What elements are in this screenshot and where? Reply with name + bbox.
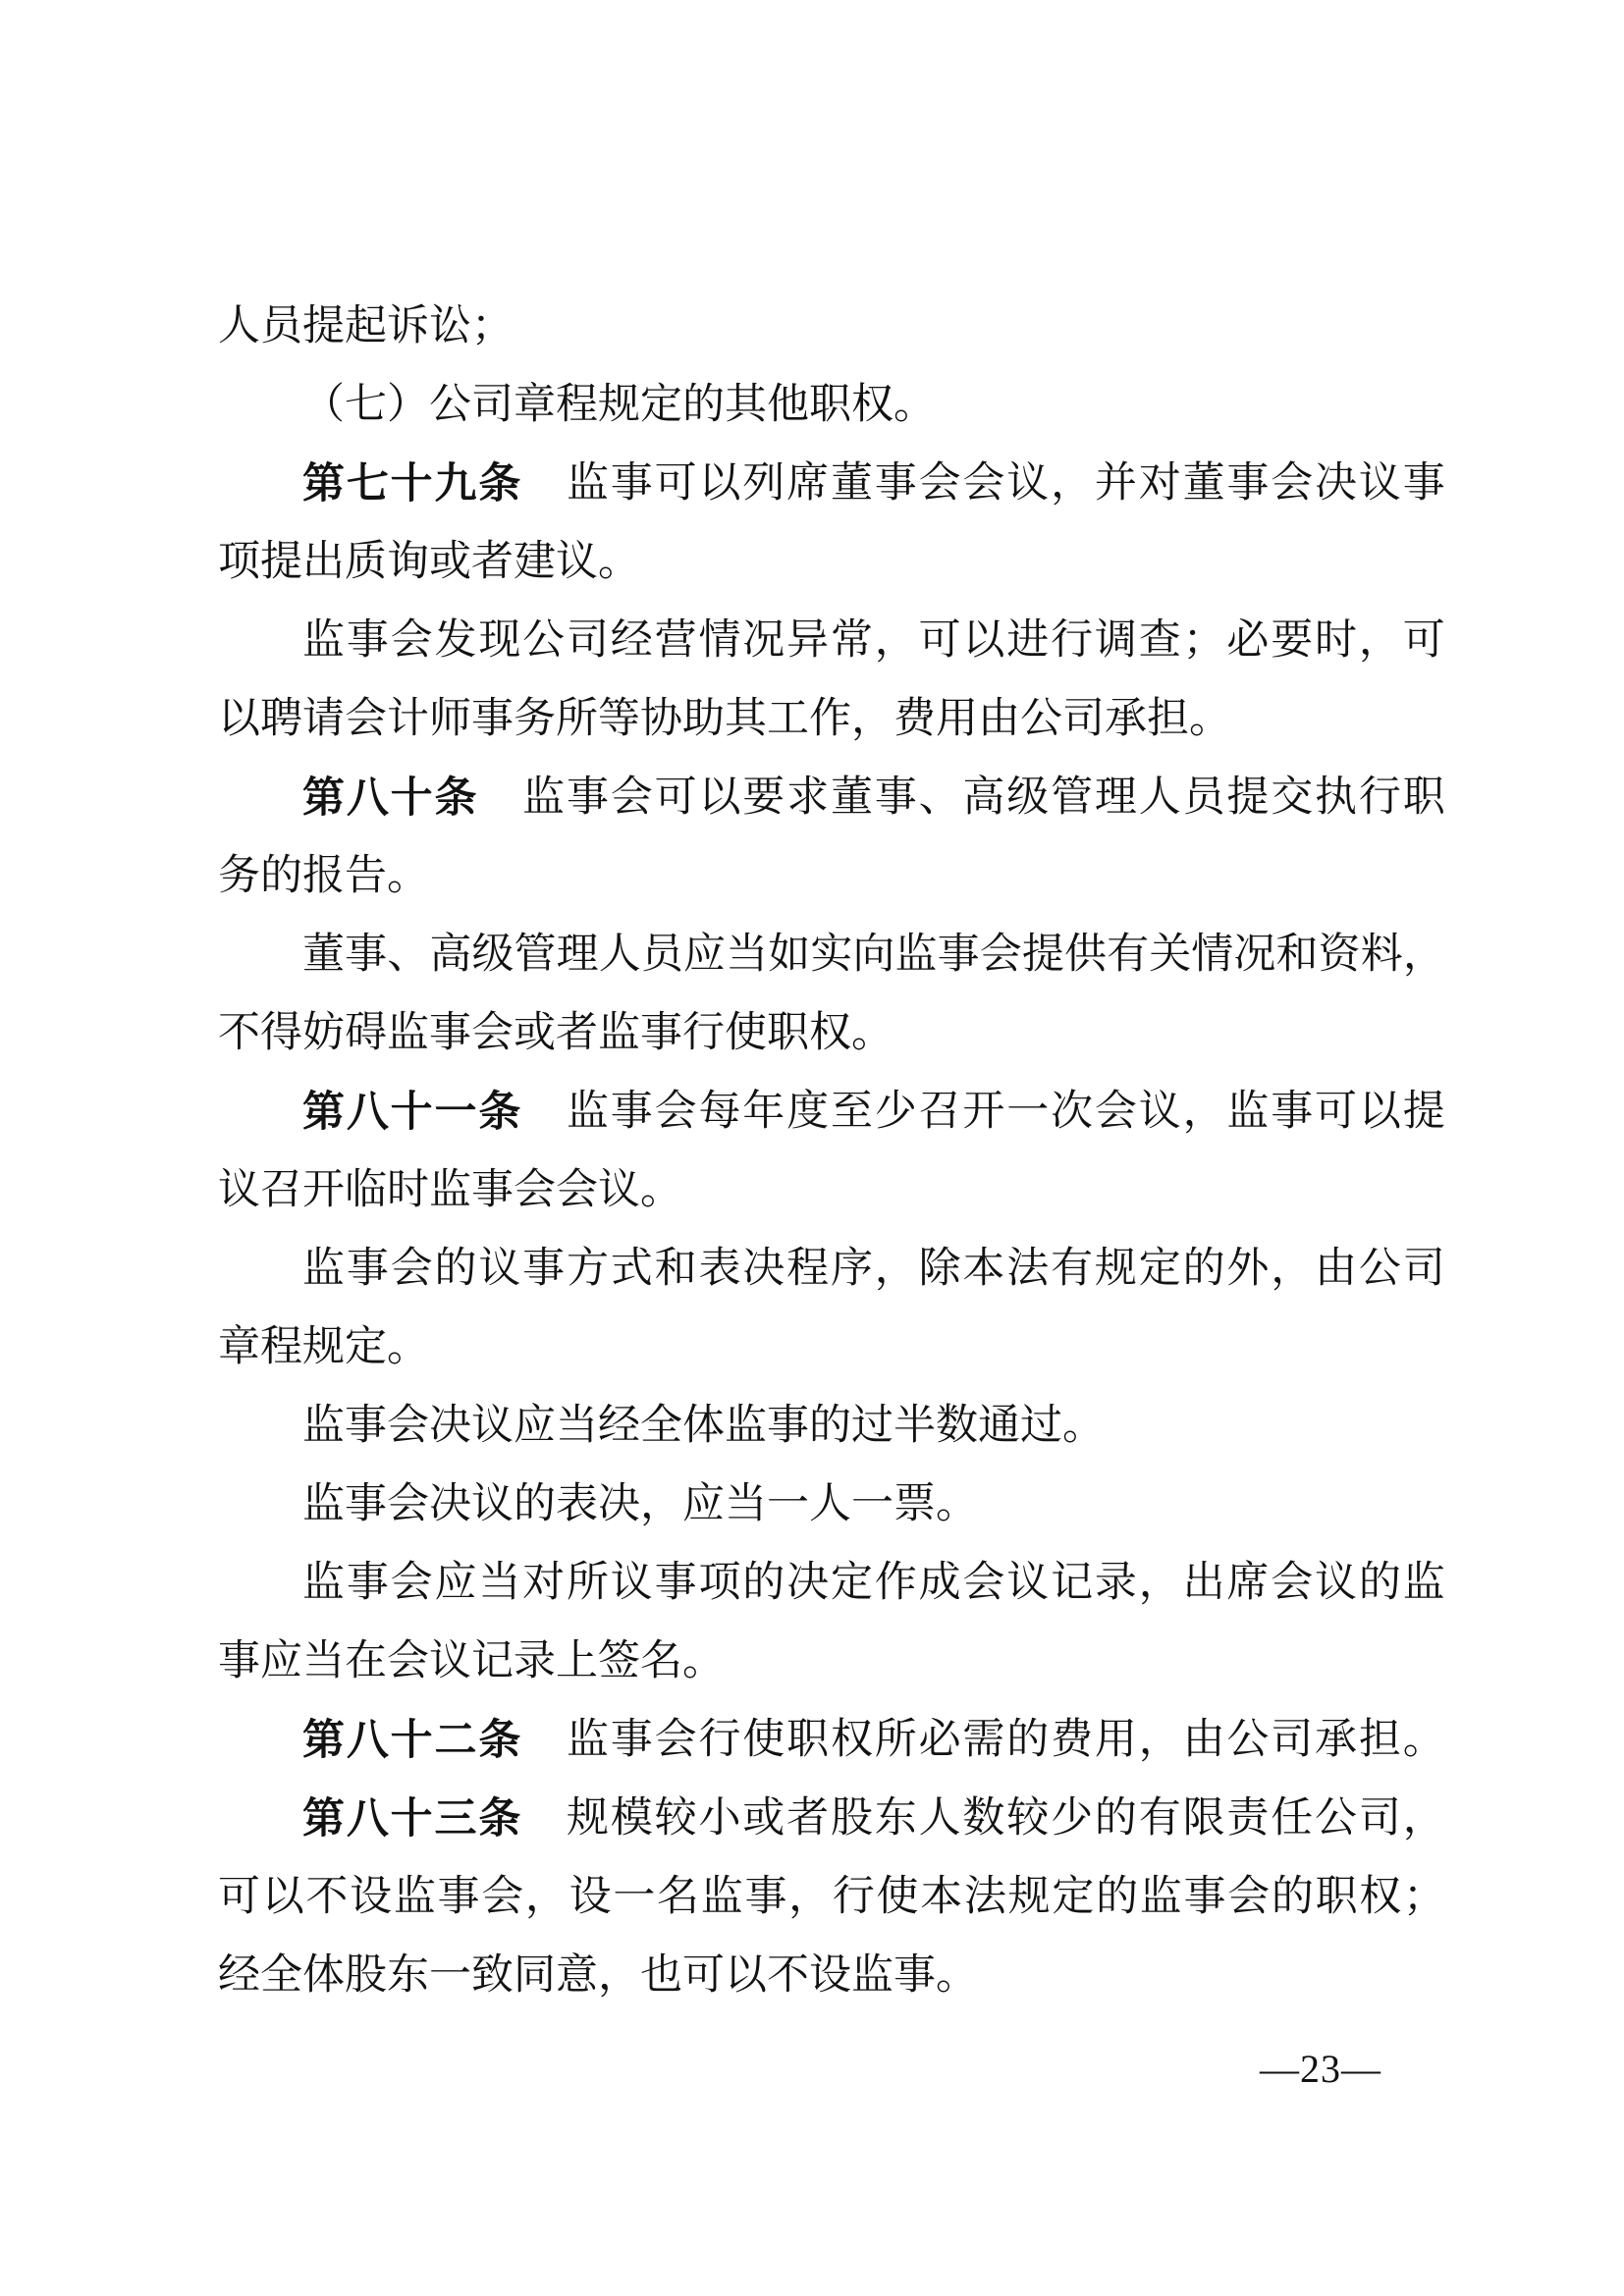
body-char: 项 — [698, 1559, 740, 1608]
body-char: 其 — [725, 381, 767, 430]
article-number-char: 八 — [347, 1716, 389, 1765]
body-char: 必 — [1226, 616, 1269, 666]
body-char: 议 — [611, 1559, 653, 1608]
body-char: 司 — [471, 381, 514, 430]
body-char: 事 — [345, 1480, 387, 1529]
body-char: 所 — [556, 695, 598, 744]
body-char: 监 — [522, 774, 565, 823]
text-line: 项提出质询或者建议。 — [218, 523, 1445, 602]
article-number-char: 九 — [434, 459, 476, 508]
text-line: 第八十三条规模较小或者股东人数较少的有限责任公司， — [218, 1780, 1445, 1858]
body-char — [522, 459, 565, 508]
body-char — [478, 774, 520, 823]
body-char: 调 — [1095, 616, 1137, 666]
body-char: 法 — [964, 1873, 1006, 1922]
body-char: 碍 — [345, 1009, 387, 1058]
body-char: 监 — [302, 616, 345, 666]
body-char: 席 — [1226, 1559, 1269, 1608]
body-char: 或 — [514, 1009, 556, 1058]
body-char: 会 — [1271, 459, 1313, 508]
body-char: 会 — [962, 1559, 1004, 1608]
body-char: 议 — [478, 1245, 520, 1294]
body-char: 发 — [434, 616, 476, 666]
body-char: 任 — [1271, 1794, 1313, 1843]
body-char: 并 — [1095, 459, 1137, 508]
body-char: 助 — [682, 695, 725, 744]
body-char: 有 — [1139, 1794, 1181, 1843]
body-char: 监 — [302, 1245, 345, 1294]
body-char: 由 — [978, 695, 1020, 744]
body-char: 事 — [611, 1716, 653, 1765]
body-char: 事 — [429, 1009, 471, 1058]
body-char: 关 — [1149, 931, 1191, 980]
body-char: 一 — [851, 1480, 893, 1529]
body-char: 签 — [598, 1637, 640, 1686]
body-char: 规 — [1095, 1245, 1137, 1294]
body-char: 行 — [1359, 774, 1401, 823]
body-char: 讼 — [429, 302, 471, 351]
body-char: 每 — [698, 1088, 740, 1137]
body-char: 出 — [302, 538, 345, 587]
article-number-char: 条 — [478, 1794, 520, 1843]
body-char: ； — [471, 302, 514, 351]
body-char: 以 — [698, 459, 740, 508]
body-char: 者 — [556, 1009, 598, 1058]
article-number-char: 第 — [302, 459, 345, 508]
body-char: 资 — [1319, 931, 1361, 980]
body-char: 监 — [1403, 1559, 1445, 1608]
body-char: 全 — [260, 1951, 302, 2001]
body-char: 会 — [1095, 1088, 1137, 1137]
body-char: 事 — [347, 1559, 389, 1608]
body-char: 事 — [655, 1559, 697, 1608]
body-char: 应 — [683, 931, 726, 980]
body-char: 事 — [611, 1088, 653, 1137]
body-char: 权 — [831, 1716, 873, 1765]
text-line: 务的报告。 — [218, 837, 1445, 916]
body-char: 的 — [1006, 1716, 1049, 1765]
body-char: 应 — [682, 1480, 725, 1529]
body-char: 股 — [831, 1794, 873, 1843]
body-char: 工 — [767, 695, 809, 744]
body-char: 体 — [302, 1951, 345, 2001]
body-char: 公 — [1226, 1716, 1269, 1765]
body-char: ， — [875, 616, 917, 666]
body-char: 致 — [471, 1951, 514, 2001]
body-char: 议 — [1139, 1088, 1181, 1137]
body-char: 事 — [218, 1637, 260, 1686]
body-char: 开 — [962, 1088, 1004, 1137]
article-number-char: 二 — [434, 1716, 476, 1765]
body-char: 使 — [742, 1716, 785, 1765]
body-char: 诉 — [387, 302, 429, 351]
body-char: 监 — [302, 1559, 345, 1608]
body-char: 会 — [611, 774, 653, 823]
body-char: 同 — [514, 1951, 556, 2001]
body-char: 议 — [1359, 459, 1401, 508]
body-char: 的 — [260, 852, 302, 901]
body-char: 七 — [345, 381, 387, 430]
article-number-char: 八 — [347, 1794, 389, 1843]
body-char: 权 — [809, 1009, 851, 1058]
text-line: 第八十一条监事会每年度至少召开一次会议，监事可以提 — [218, 1073, 1445, 1151]
body-char: 议 — [598, 1166, 640, 1215]
body-char: 提 — [1403, 1088, 1445, 1137]
body-char: 应 — [514, 1402, 556, 1451]
body-char: 式 — [611, 1245, 653, 1294]
body-char: 记 — [1051, 1559, 1093, 1608]
body-char: 董 — [831, 459, 873, 508]
body-char: 人 — [919, 1794, 961, 1843]
text-line: 监事会决议应当经全体监事的过半数通过。 — [218, 1387, 1445, 1466]
body-char: 聘 — [260, 695, 302, 744]
body-char: 程 — [786, 1245, 829, 1294]
text-line: 不得妨碍监事会或者监事行使职权。 — [218, 994, 1445, 1073]
body-char: 当 — [478, 1559, 520, 1608]
body-char: 数 — [936, 1402, 978, 1451]
body-char: 。 — [640, 1166, 682, 1215]
body-char: 半 — [893, 1402, 936, 1451]
article-number-char: 一 — [434, 1088, 476, 1137]
body-char: 司 — [1271, 1716, 1313, 1765]
body-char: 监 — [725, 1402, 767, 1451]
body-char: 少 — [875, 1088, 917, 1137]
body-char: 监 — [598, 1009, 640, 1058]
text-line: 监事会应当对所议事项的决定作成会议记录，出席会议的监 — [218, 1544, 1445, 1623]
body-char: 表 — [698, 1245, 740, 1294]
body-char: 决 — [1315, 459, 1357, 508]
body-char: 或 — [429, 538, 471, 587]
body-char: 体 — [682, 1402, 725, 1451]
body-char: 以 — [962, 616, 1004, 666]
body-char: 的 — [742, 1559, 785, 1608]
body-char: 录 — [514, 1637, 556, 1686]
body-char: 用 — [936, 695, 978, 744]
body-char: 事 — [875, 459, 917, 508]
body-char: 。 — [936, 1480, 978, 1529]
body-char: 执 — [1315, 774, 1357, 823]
body-char: 会 — [391, 616, 433, 666]
body-char: 管 — [514, 931, 557, 980]
body-char: 意 — [556, 1951, 598, 2001]
body-char: 实 — [810, 931, 852, 980]
body-char: 人 — [809, 1480, 851, 1529]
body-char: 要 — [1271, 616, 1313, 666]
body-char: 务 — [514, 695, 556, 744]
body-char: 应 — [434, 1559, 476, 1608]
text-line: 经全体股东一致同意，也可以不设监事。 — [218, 1937, 1445, 2015]
body-char: 员 — [260, 302, 302, 351]
article-number-char: 十 — [391, 1716, 433, 1765]
text-line: 议召开临时监事会会议。 — [218, 1151, 1445, 1230]
body-char: 作 — [875, 1559, 917, 1608]
body-char — [522, 1716, 565, 1765]
body-char: 度 — [786, 1088, 829, 1137]
body-char: 全 — [640, 1402, 682, 1451]
body-char: 会 — [919, 459, 961, 508]
body-char: 作 — [809, 695, 851, 744]
body-char: 如 — [768, 931, 810, 980]
body-char: 规 — [1008, 1873, 1051, 1922]
body-char: 等 — [598, 695, 640, 744]
body-char: 行 — [1051, 616, 1093, 666]
article-number-char: 条 — [478, 1716, 520, 1765]
body-char: 事 — [345, 931, 387, 980]
body-char: 本 — [920, 1873, 962, 1922]
body-char: 公 — [1359, 1245, 1401, 1294]
body-char: 至 — [831, 1088, 873, 1137]
text-line: 可以不设监事会，设一名监事，行使本法规定的监事会的职权； — [218, 1858, 1445, 1937]
body-char: 职 — [809, 381, 851, 430]
body-char: 或 — [742, 1794, 785, 1843]
body-char: ， — [1051, 459, 1093, 508]
body-char: 限 — [1183, 1794, 1225, 1843]
body-char: 务 — [218, 852, 260, 901]
body-char: ， — [1403, 931, 1445, 980]
body-char: 。 — [387, 1323, 429, 1372]
body-char: 程 — [556, 381, 598, 430]
body-char: 计 — [387, 695, 429, 744]
body-char: 也 — [640, 1951, 682, 2001]
body-char: 事 — [640, 1009, 682, 1058]
body-char: 人 — [599, 931, 641, 980]
body-char: 的 — [1183, 1245, 1225, 1294]
text-line: 第八十二条监事会行使职权所必需的费用，由公司承担。 — [218, 1701, 1445, 1780]
body-char: 、 — [919, 774, 961, 823]
body-char: 以 — [218, 695, 260, 744]
body-char: 事 — [744, 1873, 786, 1922]
body-char: ， — [1183, 1088, 1225, 1137]
body-char: 、 — [387, 931, 429, 980]
body-char: 监 — [429, 1166, 471, 1215]
body-char: 监 — [394, 1873, 436, 1922]
body-char: 董 — [302, 931, 345, 980]
body-char: 一 — [767, 1480, 809, 1529]
body-char: 开 — [302, 1166, 345, 1215]
body-char: 担 — [1147, 695, 1189, 744]
body-char: 向 — [852, 931, 894, 980]
body-char: ， — [1139, 1716, 1181, 1765]
body-char: 以 — [262, 1873, 304, 1922]
body-char: 过 — [1020, 1402, 1062, 1451]
body-char: 监 — [302, 1402, 345, 1451]
body-char: 权 — [1359, 1873, 1401, 1922]
article-number-char: 八 — [347, 1088, 389, 1137]
body-char: 程 — [260, 1323, 302, 1372]
body-char: 提 — [1226, 774, 1269, 823]
body-char: 理 — [557, 931, 599, 980]
body-char: 章 — [514, 381, 556, 430]
body-char: 定 — [345, 1323, 387, 1372]
body-char: 交 — [1271, 774, 1313, 823]
body-char: 定 — [640, 381, 682, 430]
body-char: 时 — [1315, 616, 1357, 666]
body-char: ， — [1403, 1794, 1445, 1843]
body-char: 规 — [567, 1794, 609, 1843]
body-char: 事 — [567, 774, 609, 823]
body-char: 事 — [471, 695, 514, 744]
body-char: 在 — [345, 1637, 387, 1686]
body-char: 的 — [1095, 1794, 1137, 1843]
body-char: 情 — [1191, 931, 1233, 980]
article-number-char: 十 — [391, 1088, 433, 1137]
body-char: 用 — [1095, 1716, 1137, 1765]
body-char: 的 — [514, 1480, 556, 1529]
body-char: 方 — [567, 1245, 609, 1294]
body-char: 由 — [1183, 1716, 1225, 1765]
body-char: 定 — [1052, 1873, 1094, 1922]
body-char: 除 — [919, 1245, 961, 1294]
body-char: 会 — [345, 695, 387, 744]
body-char: 可 — [1315, 1088, 1357, 1137]
body-char: 。 — [893, 381, 936, 430]
body-char: ） — [387, 381, 429, 430]
body-char: 他 — [767, 381, 809, 430]
body-char: 东 — [387, 1951, 429, 2001]
body-char: 召 — [919, 1088, 961, 1137]
body-char: 的 — [1359, 1559, 1401, 1608]
body-char: 当 — [302, 1637, 345, 1686]
body-char: 有 — [1051, 1245, 1093, 1294]
body-char: 妨 — [302, 1009, 345, 1058]
body-char: 事 — [1226, 459, 1269, 508]
body-char: 司 — [1403, 1245, 1445, 1294]
body-char: 。 — [682, 1637, 725, 1686]
body-char: ， — [1139, 1559, 1181, 1608]
article-number-char: 条 — [478, 1088, 520, 1137]
body-char: 提 — [302, 302, 345, 351]
body-char: 监 — [302, 1480, 345, 1529]
body-char: 。 — [387, 852, 429, 901]
body-char: 会 — [655, 1088, 697, 1137]
body-char: 所 — [875, 1716, 917, 1765]
body-char: 员 — [1183, 774, 1225, 823]
body-char: 公 — [429, 381, 471, 430]
body-char: ， — [1359, 616, 1401, 666]
body-char: 东 — [875, 1794, 917, 1843]
body-char: 协 — [640, 695, 682, 744]
body-char: 和 — [1276, 931, 1319, 980]
body-char: 事 — [347, 616, 389, 666]
body-char: 查 — [1139, 616, 1181, 666]
body-char: 设 — [569, 1873, 612, 1922]
body-char: 。 — [1189, 695, 1231, 744]
body-char: 会 — [556, 1166, 598, 1215]
body-char: 请 — [302, 695, 345, 744]
body-char: 者 — [786, 1794, 829, 1843]
body-char: 列 — [742, 459, 785, 508]
body-char: 可 — [655, 459, 697, 508]
body-char: 决 — [429, 1402, 471, 1451]
text-line: 第八十条监事会可以要求董事、高级管理人员提交执行职 — [218, 759, 1445, 837]
body-char: 理 — [1095, 774, 1137, 823]
body-char: 不 — [767, 1951, 809, 2001]
body-char: 通 — [978, 1402, 1020, 1451]
body-char: 级 — [1006, 774, 1049, 823]
text-line: 以聘请会计师事务所等协助其工作，费用由公司承担。 — [218, 680, 1445, 759]
body-char: 监 — [1226, 1088, 1269, 1137]
body-char: 报 — [302, 852, 345, 901]
body-char: 职 — [767, 1009, 809, 1058]
body-char: 股 — [345, 1951, 387, 2001]
body-char: 监 — [1140, 1873, 1182, 1922]
article-number-char: 第 — [302, 1088, 345, 1137]
body-char: 事 — [438, 1873, 480, 1922]
body-char: 对 — [522, 1559, 565, 1608]
body-char: 必 — [919, 1716, 961, 1765]
body-char: 事 — [1183, 1873, 1225, 1922]
body-char: 供 — [1064, 931, 1107, 980]
body-char: 可 — [919, 616, 961, 666]
body-char: 责 — [1226, 1794, 1269, 1843]
body-char: 高 — [429, 931, 471, 980]
body-char: 过 — [851, 1402, 893, 1451]
body-char: 会 — [481, 1873, 523, 1922]
article-number-char: 条 — [478, 459, 520, 508]
body-char: ， — [788, 1873, 831, 1922]
body-char: 现 — [478, 616, 520, 666]
body-char: 事 — [893, 1951, 936, 2001]
text-line: 事应当在会议记录上签名。 — [218, 1623, 1445, 1701]
body-char: 章 — [218, 1323, 260, 1372]
body-char — [522, 1794, 565, 1843]
body-char: 监 — [851, 1951, 893, 2001]
article-number-char: 条 — [434, 774, 476, 823]
text-line: 人员提起诉讼； — [218, 288, 1445, 366]
body-char: 职 — [1316, 1873, 1358, 1922]
body-char: 监 — [567, 1716, 609, 1765]
body-char: 询 — [387, 538, 429, 587]
body-char: 序 — [831, 1245, 873, 1294]
body-char: 经 — [218, 1951, 260, 2001]
body-char: 事 — [938, 931, 980, 980]
body-char: 以 — [698, 774, 740, 823]
body-char: 。 — [851, 1009, 893, 1058]
text-line: 监事会决议的表决，应当一人一票。 — [218, 1466, 1445, 1544]
body-char: ， — [525, 1873, 568, 1922]
body-char: 承 — [1315, 1716, 1357, 1765]
body-char: 职 — [786, 1716, 829, 1765]
article-number-char: 第 — [302, 774, 345, 823]
body-char: 事 — [767, 1402, 809, 1451]
body-char: 议 — [556, 538, 598, 587]
body-char: 以 — [1359, 1088, 1401, 1137]
body-char: 决 — [742, 1245, 785, 1294]
body-char: 承 — [1105, 695, 1147, 744]
body-char: 。 — [598, 538, 640, 587]
body-char: （ — [302, 381, 345, 430]
body-char: 提 — [1022, 931, 1064, 980]
body-char: 小 — [698, 1794, 740, 1843]
body-char: 成 — [919, 1559, 961, 1608]
text-line: （七）公司章程规定的其他职权。 — [218, 366, 1445, 445]
body-char: 员 — [641, 931, 683, 980]
body-char: 事 — [345, 1402, 387, 1451]
body-char: 行 — [833, 1873, 875, 1922]
article-number-char: 三 — [434, 1794, 476, 1843]
body-char: 会 — [387, 1480, 429, 1529]
body-char: 人 — [1139, 774, 1181, 823]
body-char: 的 — [682, 381, 725, 430]
body-char: 董 — [831, 774, 873, 823]
body-char: 职 — [1403, 774, 1445, 823]
body-char: 提 — [260, 538, 302, 587]
article-number-char: 十 — [391, 774, 433, 823]
body-char: 当 — [726, 931, 768, 980]
body-char: 求 — [786, 774, 829, 823]
body-char: 权 — [851, 381, 893, 430]
body-char: 行 — [682, 1009, 725, 1058]
